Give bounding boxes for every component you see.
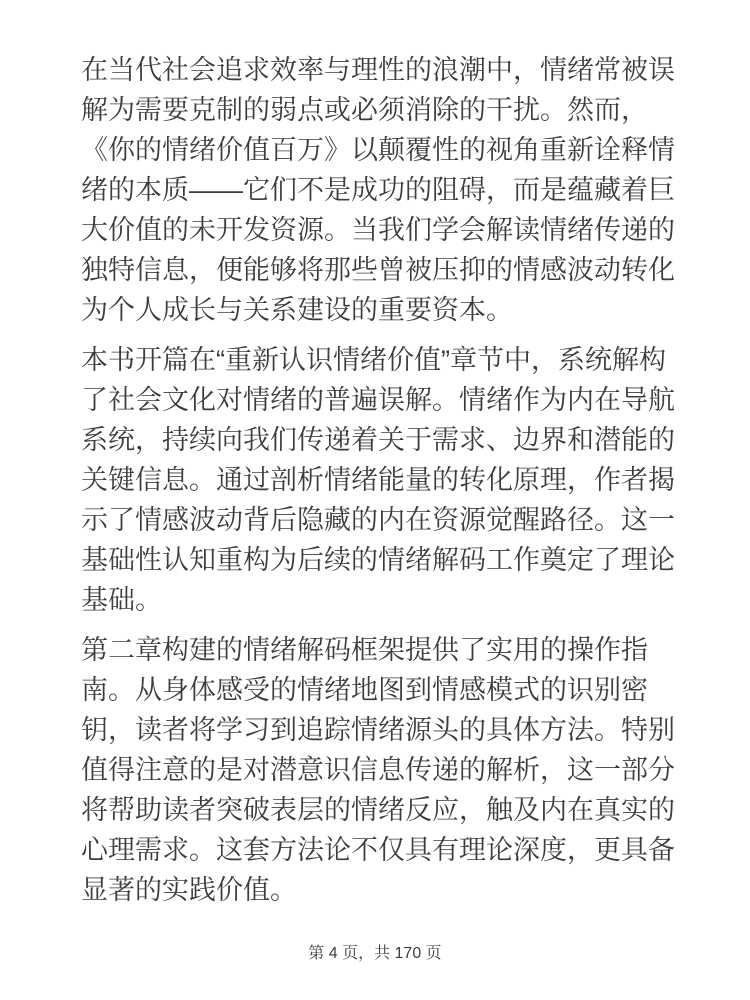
document-page: 在当代社会追求效率与理性的浪潮中，情绪常被误解为需要克制的弱点或必须消除的干扰。… [0,0,750,1000]
page-text-block: 在当代社会追求效率与理性的浪潮中，情绪常被误解为需要克制的弱点或必须消除的干扰。… [81,50,678,920]
paragraph-chapter-one: 本书开篇在“重新认识情绪价值”章节中，系统解构了社会文化对情绪的普遍误解。情绪作… [81,340,678,620]
page-indicator: 第 4 页，共 170 页 [0,944,750,964]
paragraph-intro: 在当代社会追求效率与理性的浪潮中，情绪常被误解为需要克制的弱点或必须消除的干扰。… [81,50,678,330]
paragraph-chapter-two: 第二章构建的情绪解码框架提供了实用的操作指南。从身体感受的情绪地图到情感模式的识… [81,630,678,910]
